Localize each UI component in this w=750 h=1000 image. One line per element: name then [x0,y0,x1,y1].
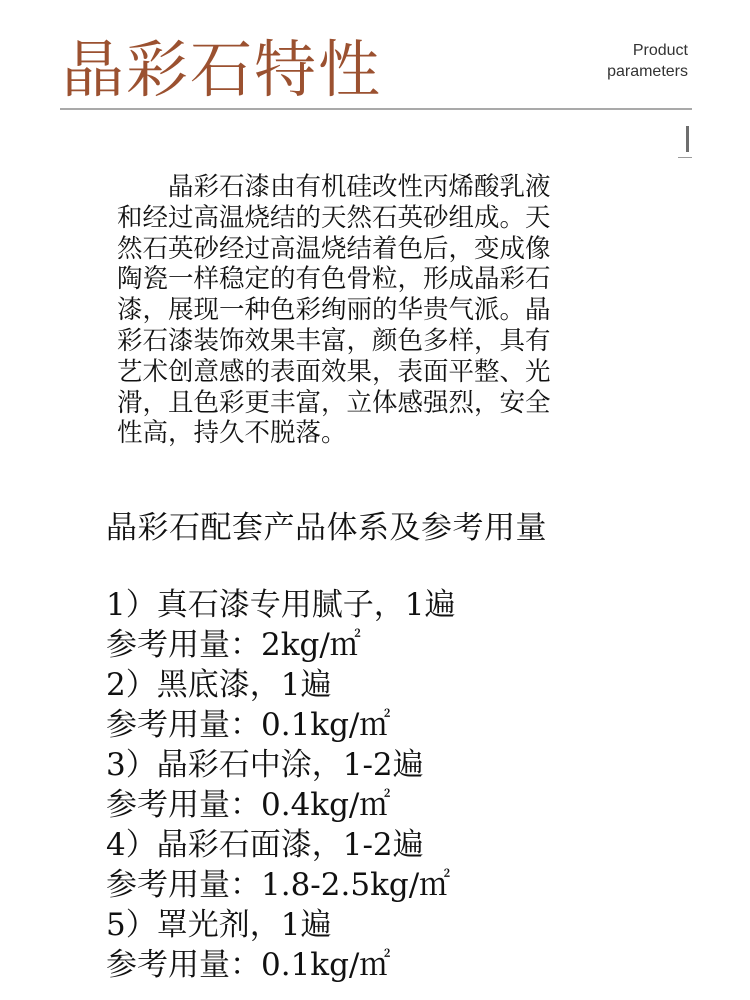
product-item-name: 2）黑底漆，1遍 [106,665,455,705]
intro-line: 陶瓷一样稳定的有色骨粒，形成晶彩石 [117,264,607,295]
product-item-usage: 参考用量：1.8-2.5kg/㎡ [106,865,455,905]
intro-line: 然石英砂经过高温烧结着色后，变成像 [117,234,607,265]
product-item-usage: 参考用量：0.4kg/㎡ [106,785,455,825]
subtitle-line-product: Product [607,40,688,61]
product-item-usage: 参考用量：0.1kg/㎡ [106,945,455,985]
intro-line: 晶彩石漆由有机硅改性丙烯酸乳液 [117,172,607,203]
product-item-name: 3）晶彩石中涂，1-2遍 [106,745,455,785]
decorative-horizontal-bar [678,157,692,158]
subtitle-line-parameters: parameters [607,61,688,82]
product-item-name: 5）罩光剂，1遍 [106,905,455,945]
intro-line: 和经过高温烧结的天然石英砂组成。天 [117,203,607,234]
product-item-name: 4）晶彩石面漆，1-2遍 [106,825,455,865]
product-item-usage: 参考用量：0.1kg/㎡ [106,705,455,745]
intro-line: 滑，且色彩更丰富，立体感强烈，安全 [117,388,607,419]
page-title: 晶彩石特性 [62,30,382,110]
intro-line: 艺术创意感的表面效果，表面平整、光 [117,357,607,388]
product-item-name: 1）真石漆专用腻子，1遍 [106,585,455,625]
intro-line: 漆，展现一种色彩绚丽的华贵气派。晶 [117,295,607,326]
intro-line: 性高，持久不脱落。 [117,418,607,449]
intro-line: 彩石漆装饰效果丰富，颜色多样，具有 [117,326,607,357]
decorative-vertical-bar [686,126,689,152]
product-system-list: 1）真石漆专用腻子，1遍 参考用量：2kg/㎡ 2）黑底漆，1遍 参考用量：0.… [106,585,455,985]
system-section-title: 晶彩石配套产品体系及参考用量 [106,506,547,550]
header-divider [60,108,692,110]
subtitle-english: Product parameters [607,40,688,82]
product-item-usage: 参考用量：2kg/㎡ [106,625,455,665]
intro-paragraph: 晶彩石漆由有机硅改性丙烯酸乳液 和经过高温烧结的天然石英砂组成。天 然石英砂经过… [117,172,607,449]
